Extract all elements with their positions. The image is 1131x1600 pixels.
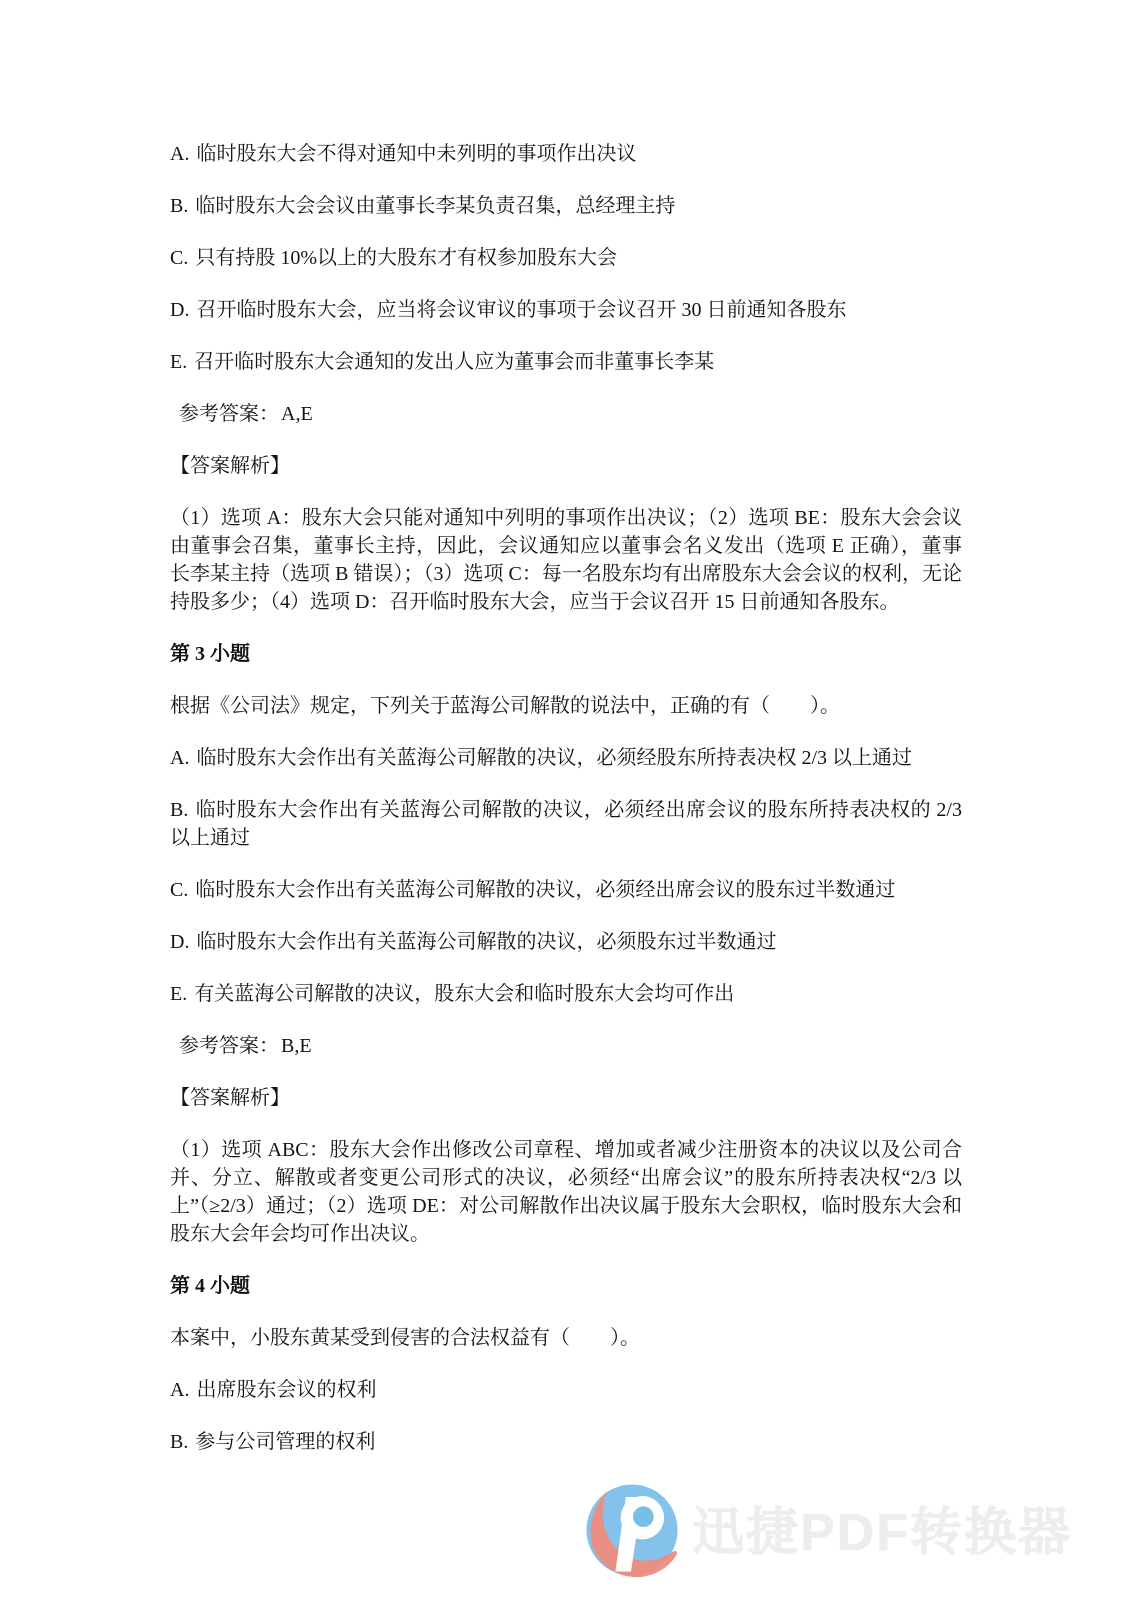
option-row: B.临时股东大会作出有关蓝海公司解散的决议，必须经出席会议的股东所持表决权的 2… (170, 796, 962, 852)
option-row: D.临时股东大会作出有关蓝海公司解散的决议，必须股东过半数通过 (170, 928, 962, 956)
answer-value: A,E (281, 403, 313, 425)
watermark-text: 迅捷PDF转换器 (692, 1490, 1072, 1565)
watermark: 迅捷PDF转换器 (580, 1468, 1072, 1586)
option-label: B. (170, 1431, 188, 1453)
answer-line: 参考答案：B,E (170, 1032, 962, 1060)
option-row: C.只有持股 10%以上的大股东才有权参加股东大会 (170, 244, 962, 272)
option-label: C. (170, 247, 188, 269)
option-row: B.临时股东大会会议由董事长李某负责召集，总经理主持 (170, 192, 962, 220)
option-label: D. (170, 299, 189, 321)
option-row: A.临时股东大会不得对通知中未列明的事项作出决议 (170, 140, 962, 168)
option-label: D. (170, 931, 189, 953)
question-title: 第 3 小题 (170, 640, 962, 668)
question-stem: 本案中，小股东黄某受到侵害的合法权益有（ ）。 (170, 1324, 962, 1352)
question-stem: 根据《公司法》规定，下列关于蓝海公司解散的说法中，正确的有（ ）。 (170, 692, 962, 720)
option-row: B.参与公司管理的权利 (170, 1428, 962, 1456)
option-text: 临时股东大会作出有关蓝海公司解散的决议，必须经出席会议的股东过半数通过 (195, 879, 895, 901)
option-text: 出席股东会议的权利 (196, 1379, 376, 1401)
question-title: 第 4 小题 (170, 1272, 962, 1300)
pdf-converter-logo-icon (580, 1468, 684, 1586)
option-row: A.临时股东大会作出有关蓝海公司解散的决议，必须经股东所持表决权 2/3 以上通… (170, 744, 962, 772)
document-page: A.临时股东大会不得对通知中未列明的事项作出决议 B.临时股东大会会议由董事长李… (0, 0, 1131, 1600)
option-label: A. (170, 1379, 189, 1401)
analysis-body: （1）选项 A：股东大会只能对通知中列明的事项作出决议；（2）选项 BE：股东大… (170, 504, 962, 616)
analysis-header: 【答案解析】 (170, 1084, 962, 1112)
answer-value: B,E (281, 1035, 312, 1057)
document-content: A.临时股东大会不得对通知中未列明的事项作出决议 B.临时股东大会会议由董事长李… (170, 140, 962, 1480)
answer-label: 参考答案： (179, 1035, 279, 1057)
option-label: E. (170, 351, 187, 373)
option-label: A. (170, 143, 189, 165)
option-text: 有关蓝海公司解散的决议，股东大会和临时股东大会均可作出 (194, 983, 734, 1005)
option-text: 临时股东大会会议由董事长李某负责召集，总经理主持 (195, 195, 675, 217)
option-text: 召开临时股东大会，应当将会议审议的事项于会议召开 30 日前通知各股东 (196, 299, 846, 321)
analysis-body: （1）选项 ABC：股东大会作出修改公司章程、增加或者减少注册资本的决议以及公司… (170, 1136, 962, 1248)
option-label: B. (170, 195, 188, 217)
option-row: E.有关蓝海公司解散的决议，股东大会和临时股东大会均可作出 (170, 980, 962, 1008)
option-label: B. (170, 799, 188, 821)
option-text: 只有持股 10%以上的大股东才有权参加股东大会 (195, 247, 617, 269)
option-text: 参与公司管理的权利 (195, 1431, 375, 1453)
option-text: 临时股东大会作出有关蓝海公司解散的决议，必须股东过半数通过 (196, 931, 776, 953)
option-row: A.出席股东会议的权利 (170, 1376, 962, 1404)
option-row: C.临时股东大会作出有关蓝海公司解散的决议，必须经出席会议的股东过半数通过 (170, 876, 962, 904)
answer-line: 参考答案：A,E (170, 400, 962, 428)
option-text: 临时股东大会不得对通知中未列明的事项作出决议 (196, 143, 636, 165)
answer-label: 参考答案： (179, 403, 279, 425)
option-row: E.召开临时股东大会通知的发出人应为董事会而非董事长李某 (170, 348, 962, 376)
option-row: D.召开临时股东大会，应当将会议审议的事项于会议召开 30 日前通知各股东 (170, 296, 962, 324)
option-text: 召开临时股东大会通知的发出人应为董事会而非董事长李某 (194, 351, 714, 373)
option-label: A. (170, 747, 189, 769)
option-text: 临时股东大会作出有关蓝海公司解散的决议，必须经股东所持表决权 2/3 以上通过 (196, 747, 912, 769)
option-label: E. (170, 983, 187, 1005)
option-text: 临时股东大会作出有关蓝海公司解散的决议，必须经出席会议的股东所持表决权的 2/3… (170, 799, 962, 849)
option-label: C. (170, 879, 188, 901)
analysis-header: 【答案解析】 (170, 452, 962, 480)
